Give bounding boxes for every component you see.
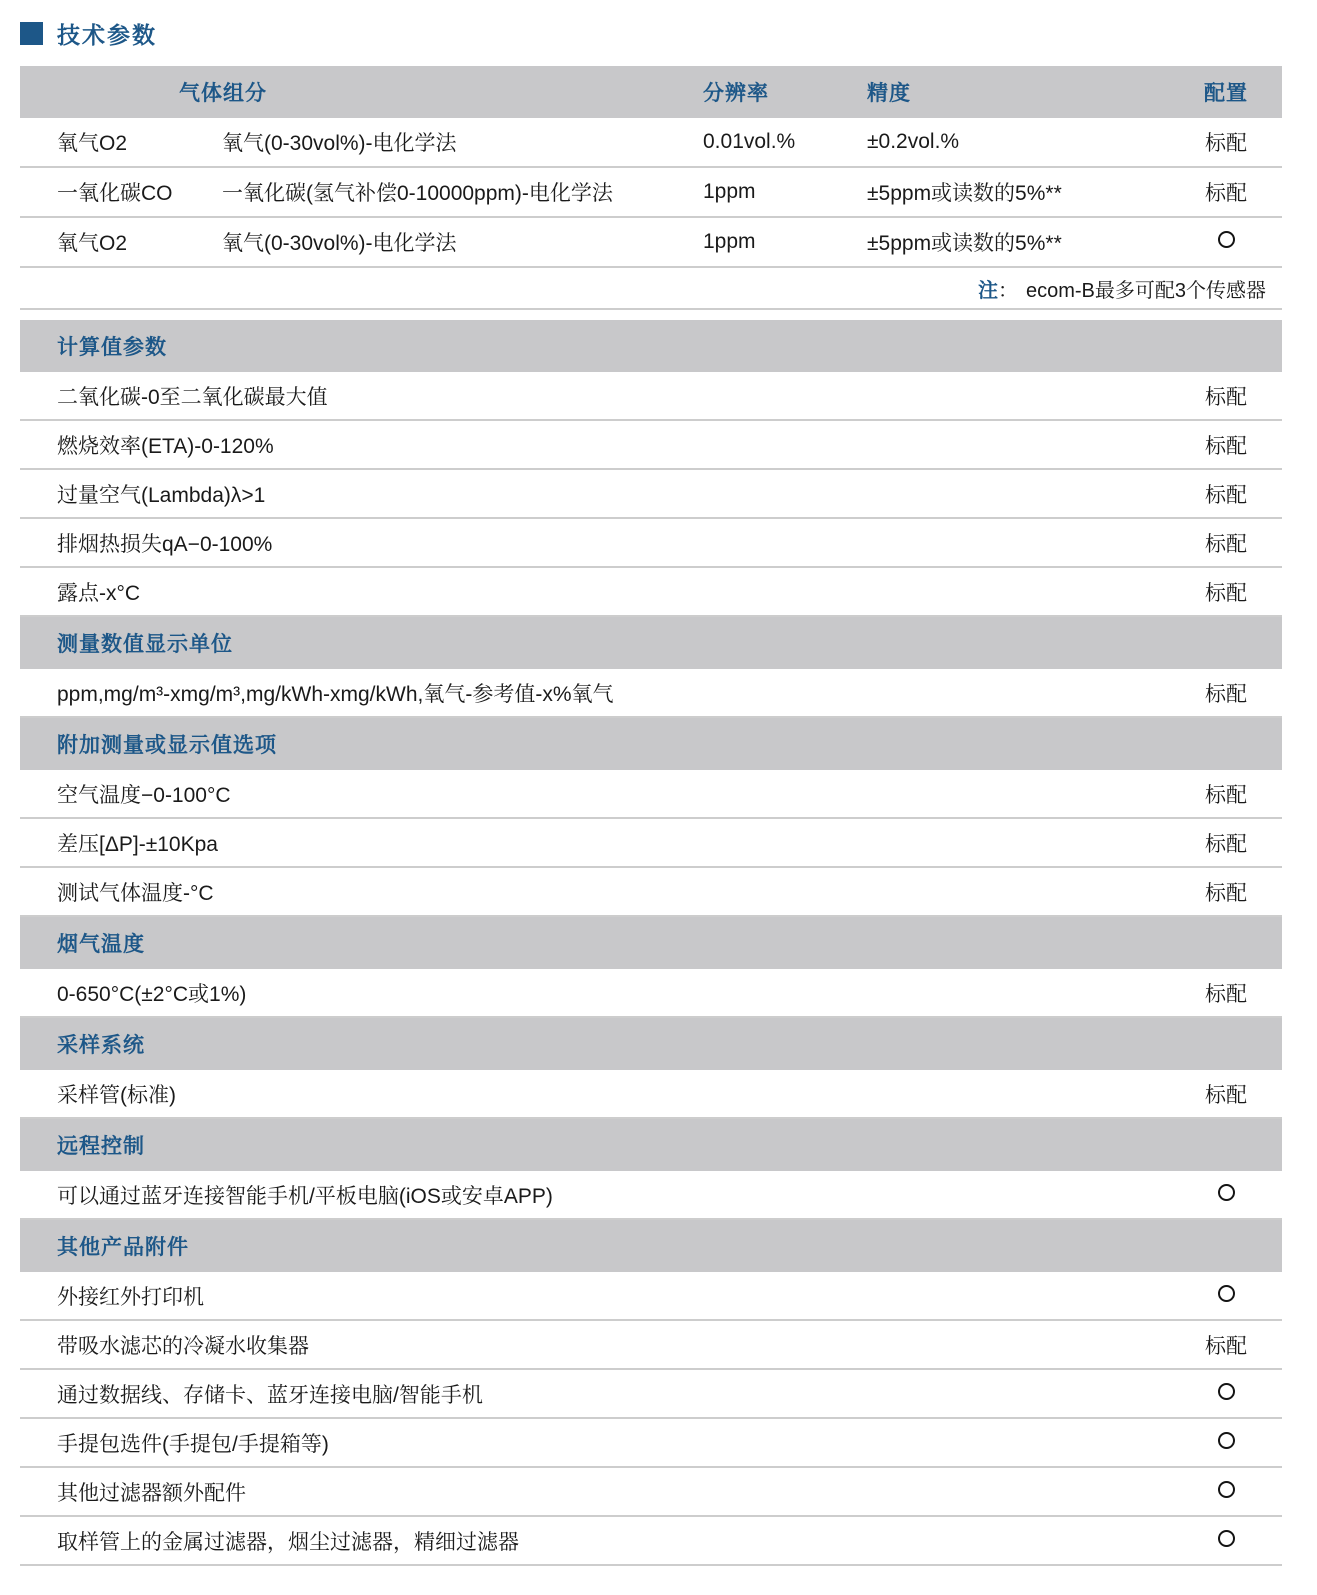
spec-row-label: 可以通过蓝牙连接智能手机/平板电脑(iOS或安卓APP) <box>20 1180 1170 1210</box>
gas-description: 一氧化碳(氢气补偿0-10000ppm)-电化学法 <box>222 177 703 207</box>
optional-circle-icon <box>1218 1183 1235 1207</box>
column-header-accuracy: 精度 <box>867 77 1170 107</box>
standard-config-label: 标配 <box>1205 127 1247 157</box>
spec-row: 采样管(标准)标配 <box>20 1070 1282 1119</box>
gas-table-header: 气体组分 分辨率 精度 配置 <box>20 66 1282 118</box>
spec-row: 差压[ΔP]-±10Kpa标配 <box>20 819 1282 868</box>
optional-circle-icon <box>1218 1432 1235 1449</box>
standard-config-label: 标配 <box>1205 779 1247 809</box>
spec-row-label: 二氧化碳-0至二氧化碳最大值 <box>20 381 1170 411</box>
gas-table-row: 氧气O2氧气(0-30vol%)-电化学法0.01vol.%±0.2vol.%标… <box>20 118 1282 168</box>
gas-description: 氧气(0-30vol%)-电化学法 <box>222 127 703 157</box>
spec-row-label: 0-650°C(±2°C或1%) <box>20 978 1170 1008</box>
spec-row-label: 采样管(标准) <box>20 1079 1170 1109</box>
spec-row: 露点-x°C标配 <box>20 568 1282 617</box>
section-title: 采样系统 <box>20 1029 145 1059</box>
note-label: 注 <box>978 274 998 303</box>
spec-row: ppm,mg/m³-xmg/m³,mg/kWh-xmg/kWh,氧气-参考值-x… <box>20 669 1282 718</box>
optional-circle-icon <box>1218 1481 1235 1498</box>
standard-config-label: 标配 <box>1205 430 1247 460</box>
spec-row: 可以通过蓝牙连接智能手机/平板电脑(iOS或安卓APP) <box>20 1171 1282 1220</box>
section-title: 计算值参数 <box>20 331 167 361</box>
optional-circle-icon <box>1218 1480 1235 1504</box>
spec-row: 空气温度−0-100°C标配 <box>20 770 1282 819</box>
page-title: 技术参数 <box>57 17 157 50</box>
gas-accuracy: ±0.2vol.% <box>867 130 1170 154</box>
spec-row: 带吸水滤芯的冷凝水收集器标配 <box>20 1321 1282 1370</box>
gas-table-row: 氧气O2氧气(0-30vol%)-电化学法1ppm±5ppm或读数的5%** <box>20 218 1282 268</box>
spec-row-label: 其他过滤器额外配件 <box>20 1477 1170 1507</box>
spec-row-label: 排烟热损失qA−0-100% <box>20 528 1170 558</box>
spec-row-label: 通过数据线、存储卡、蓝牙连接电脑/智能手机 <box>20 1379 1170 1409</box>
section-title: 附加测量或显示值选项 <box>20 729 277 759</box>
spec-row-label: 燃烧效率(ETA)-0-120% <box>20 430 1170 460</box>
spec-row: 过量空气(Lambda)λ>1标配 <box>20 470 1282 519</box>
gas-resolution: 0.01vol.% <box>703 130 867 154</box>
standard-config-label: 标配 <box>1205 177 1247 207</box>
standard-config-label: 标配 <box>1205 978 1247 1008</box>
gas-table-row: 一氧化碳CO一氧化碳(氢气补偿0-10000ppm)-电化学法1ppm±5ppm… <box>20 168 1282 218</box>
optional-circle-icon <box>1218 1530 1235 1547</box>
spec-sections: 计算值参数二氧化碳-0至二氧化碳最大值标配燃烧效率(ETA)-0-120%标配过… <box>20 320 1282 1566</box>
gas-name: 氧气O2 <box>20 127 222 157</box>
note-colon: ： <box>998 274 1018 303</box>
optional-circle-icon <box>1218 231 1235 248</box>
standard-config-label: 标配 <box>1205 528 1247 558</box>
section-band: 采样系统 <box>20 1018 1282 1070</box>
standard-config-label: 标配 <box>1205 828 1247 858</box>
column-header-composition: 气体组分 <box>20 77 703 107</box>
optional-circle-icon <box>1218 1284 1235 1308</box>
optional-circle-icon <box>1218 230 1235 254</box>
section-title: 其他产品附件 <box>20 1231 189 1261</box>
gas-table-body: 氧气O2氧气(0-30vol%)-电化学法0.01vol.%±0.2vol.%标… <box>20 118 1282 268</box>
title-square-icon <box>20 22 43 45</box>
spec-row: 0-650°C(±2°C或1%)标配 <box>20 969 1282 1018</box>
gas-name: 一氧化碳CO <box>20 177 222 207</box>
standard-config-label: 标配 <box>1205 577 1247 607</box>
spec-row-label: 带吸水滤芯的冷凝水收集器 <box>20 1330 1170 1360</box>
spec-row: 取样管上的金属过滤器，烟尘过滤器，精细过滤器 <box>20 1517 1282 1566</box>
optional-circle-icon <box>1218 1431 1235 1455</box>
section-title: 测量数值显示单位 <box>20 628 233 658</box>
spec-row-label: 空气温度−0-100°C <box>20 779 1170 809</box>
optional-circle-icon <box>1218 1529 1235 1553</box>
section-band: 计算值参数 <box>20 320 1282 372</box>
standard-config-label: 标配 <box>1205 479 1247 509</box>
standard-config-label: 标配 <box>1205 1079 1247 1109</box>
spec-row-label: 手提包选件(手提包/手提箱等) <box>20 1428 1170 1458</box>
gas-description: 氧气(0-30vol%)-电化学法 <box>222 227 703 257</box>
note-text: ecom-B最多可配3个传感器 <box>1026 274 1266 303</box>
spec-row: 测试气体温度-°C标配 <box>20 868 1282 917</box>
spec-row: 排烟热损失qA−0-100%标配 <box>20 519 1282 568</box>
gas-accuracy: ±5ppm或读数的5%** <box>867 227 1170 257</box>
page-title-bar: 技术参数 <box>20 0 1282 48</box>
gas-resolution: 1ppm <box>703 180 867 204</box>
optional-circle-icon <box>1218 1383 1235 1400</box>
spec-row: 二氧化碳-0至二氧化碳最大值标配 <box>20 372 1282 421</box>
spec-row: 燃烧效率(ETA)-0-120%标配 <box>20 421 1282 470</box>
section-band: 远程控制 <box>20 1119 1282 1171</box>
spec-row: 手提包选件(手提包/手提箱等) <box>20 1419 1282 1468</box>
optional-circle-icon <box>1218 1382 1235 1406</box>
gas-name: 氧气O2 <box>20 227 222 257</box>
standard-config-label: 标配 <box>1205 1330 1247 1360</box>
optional-circle-icon <box>1218 1285 1235 1302</box>
section-title: 远程控制 <box>20 1130 145 1160</box>
spec-row-label: 过量空气(Lambda)λ>1 <box>20 479 1170 509</box>
standard-config-label: 标配 <box>1205 877 1247 907</box>
section-band: 烟气温度 <box>20 917 1282 969</box>
column-header-resolution: 分辨率 <box>703 77 867 107</box>
gas-resolution: 1ppm <box>703 230 867 254</box>
spec-row: 外接红外打印机 <box>20 1272 1282 1321</box>
optional-circle-icon <box>1218 1184 1235 1201</box>
spec-row-label: 取样管上的金属过滤器，烟尘过滤器，精细过滤器 <box>20 1526 1170 1556</box>
spec-sheet: 技术参数 气体组分 分辨率 精度 配置 氧气O2氧气(0-30vol%)-电化学… <box>20 0 1282 1566</box>
section-band: 测量数值显示单位 <box>20 617 1282 669</box>
spec-row-label: 外接红外打印机 <box>20 1281 1170 1311</box>
note-row: 注 ： ecom-B最多可配3个传感器 <box>20 268 1282 310</box>
section-title: 烟气温度 <box>20 928 145 958</box>
spec-row-label: 测试气体温度-°C <box>20 877 1170 907</box>
spec-row-label: 差压[ΔP]-±10Kpa <box>20 828 1170 858</box>
section-band: 附加测量或显示值选项 <box>20 718 1282 770</box>
gas-accuracy: ±5ppm或读数的5%** <box>867 177 1170 207</box>
standard-config-label: 标配 <box>1205 381 1247 411</box>
spec-row: 其他过滤器额外配件 <box>20 1468 1282 1517</box>
standard-config-label: 标配 <box>1205 678 1247 708</box>
column-header-config: 配置 <box>1204 77 1248 107</box>
spec-row-label: ppm,mg/m³-xmg/m³,mg/kWh-xmg/kWh,氧气-参考值-x… <box>20 678 1170 708</box>
section-band: 其他产品附件 <box>20 1220 1282 1272</box>
spec-row-label: 露点-x°C <box>20 577 1170 607</box>
spec-row: 通过数据线、存储卡、蓝牙连接电脑/智能手机 <box>20 1370 1282 1419</box>
